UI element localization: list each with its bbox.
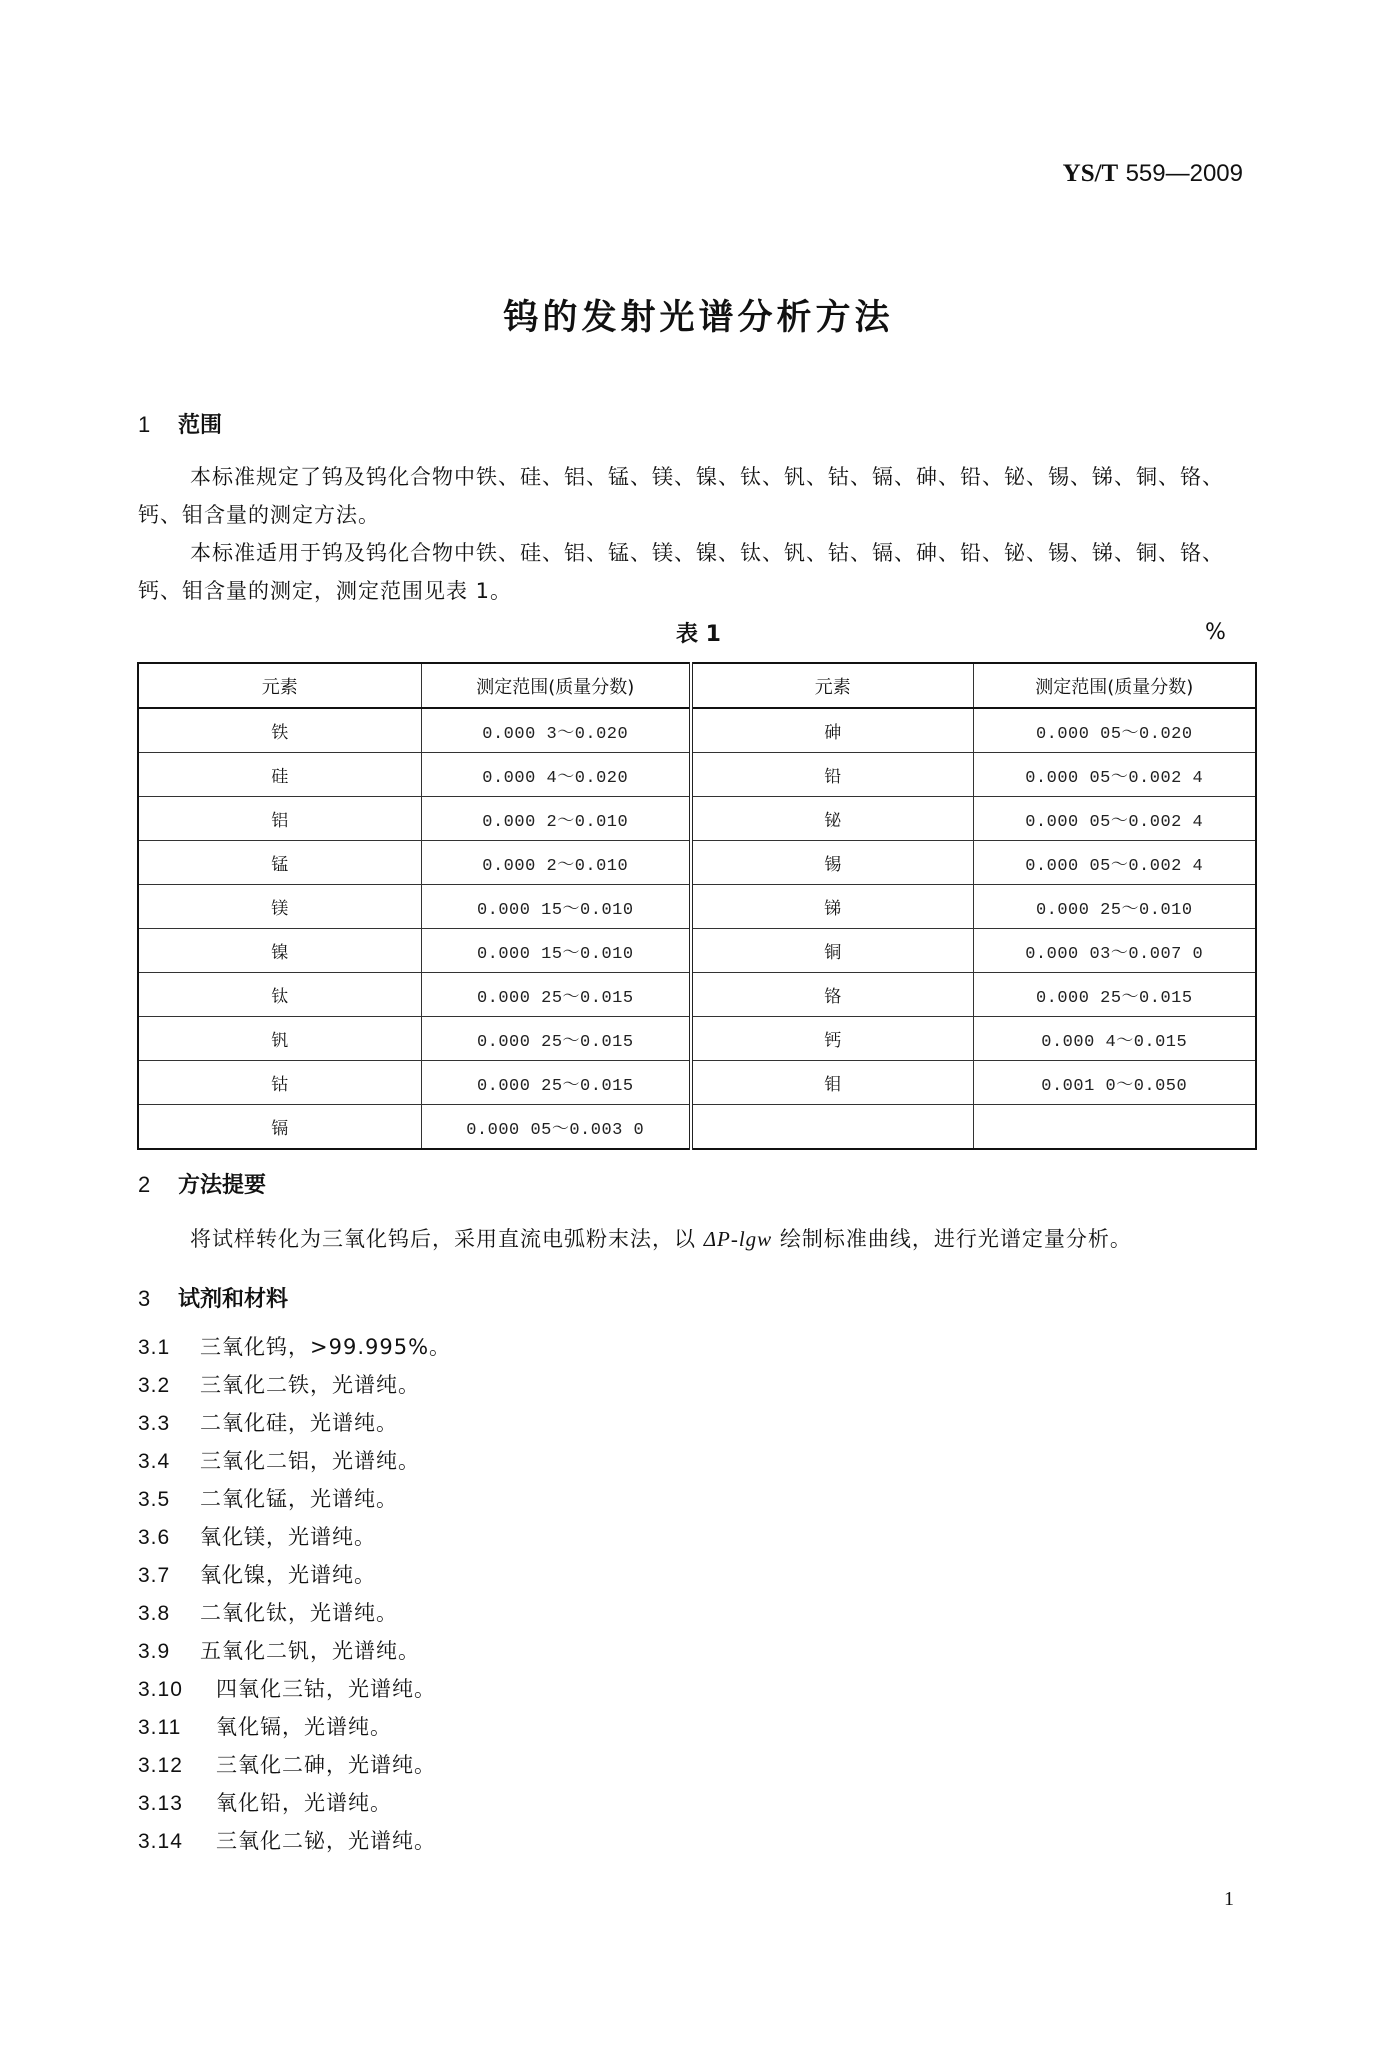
element-cell	[691, 1105, 973, 1150]
table-row: 铁 0.000 3～0.020 砷 0.000 05～0.020	[138, 708, 1256, 753]
range-cell: 0.000 25～0.015	[973, 973, 1256, 1017]
range-cell: 0.000 25～0.015	[421, 1017, 691, 1061]
element-cell: 硅	[138, 753, 421, 797]
method-paragraph: 将试样转化为三氧化钨后，采用直流电弧粉末法，以 ΔP-lgw 绘制标准曲线，进行…	[138, 1220, 1250, 1258]
element-cell: 砷	[691, 708, 973, 753]
standard-code: YS/T 559—2009	[1063, 160, 1243, 188]
table-row: 镍 0.000 15～0.010 铜 0.000 03～0.007 0	[138, 929, 1256, 973]
reagent-text: 三氧化二铁，光谱纯。	[200, 1373, 420, 1397]
reagent-text: 三氧化钨，>99.995%。	[200, 1335, 451, 1359]
section-title: 范围	[178, 413, 222, 438]
table-row: 镉 0.000 05～0.003 0	[138, 1105, 1256, 1150]
section-heading-scope: 1范围	[138, 408, 222, 439]
element-cell: 铅	[691, 753, 973, 797]
table-row: 钒 0.000 25～0.015 钙 0.000 4～0.015	[138, 1017, 1256, 1061]
range-cell: 0.000 05～0.002 4	[973, 841, 1256, 885]
reagent-number: 3.13	[138, 1785, 216, 1823]
range-cell: 0.000 4～0.015	[973, 1017, 1256, 1061]
reagent-item: 3.10四氧化三钴，光谱纯。	[138, 1670, 451, 1708]
element-cell: 锡	[691, 841, 973, 885]
reagent-number: 3.12	[138, 1747, 216, 1785]
section-title: 试剂和材料	[178, 1287, 288, 1312]
section-number: 1	[138, 412, 178, 438]
reagent-number: 3.6	[138, 1519, 200, 1557]
reagent-item: 3.12三氧化二砷，光谱纯。	[138, 1746, 451, 1784]
reagent-item: 3.2三氧化二铁，光谱纯。	[138, 1366, 451, 1404]
table-row: 镁 0.000 15～0.010 锑 0.000 25～0.010	[138, 885, 1256, 929]
reagent-text: 五氧化二钒，光谱纯。	[200, 1639, 420, 1663]
reagent-item: 3.4三氧化二铝，光谱纯。	[138, 1442, 451, 1480]
reagent-text: 氧化铅，光谱纯。	[216, 1791, 392, 1815]
element-cell: 镉	[138, 1105, 421, 1150]
reagent-item: 3.7氧化镍，光谱纯。	[138, 1556, 451, 1594]
element-cell: 铜	[691, 929, 973, 973]
method-text-before: 将试样转化为三氧化钨后，采用直流电弧粉末法，以	[190, 1227, 704, 1251]
section-heading-method: 2方法提要	[138, 1168, 266, 1199]
document-title: 钨的发射光谱分析方法	[0, 290, 1397, 340]
reagent-text: 三氧化二砷，光谱纯。	[216, 1753, 436, 1777]
measurement-range-table: 元素 测定范围(质量分数) 元素 测定范围(质量分数) 铁 0.000 3～0.…	[137, 662, 1257, 1150]
range-cell: 0.000 25～0.015	[421, 973, 691, 1017]
reagent-item: 3.11氧化镉，光谱纯。	[138, 1708, 451, 1746]
reagent-text: 氧化镍，光谱纯。	[200, 1563, 376, 1587]
table-header-row: 元素 测定范围(质量分数) 元素 测定范围(质量分数)	[138, 663, 1256, 708]
reagent-number: 3.4	[138, 1443, 200, 1481]
scope-paragraph-2: 本标准适用于钨及钨化合物中铁、硅、铝、锰、镁、镍、钛、钒、钴、镉、砷、铅、铋、锡…	[138, 534, 1250, 610]
table-row: 钴 0.000 25～0.015 钼 0.001 0～0.050	[138, 1061, 1256, 1105]
element-cell: 铝	[138, 797, 421, 841]
table-row: 铝 0.000 2～0.010 铋 0.000 05～0.002 4	[138, 797, 1256, 841]
reagent-text: 二氧化硅，光谱纯。	[200, 1411, 398, 1435]
reagent-number: 3.9	[138, 1633, 200, 1671]
reagent-number: 3.2	[138, 1367, 200, 1405]
reagent-text: 氧化镁，光谱纯。	[200, 1525, 376, 1549]
table-row: 锰 0.000 2～0.010 锡 0.000 05～0.002 4	[138, 841, 1256, 885]
reagent-item: 3.8二氧化钛，光谱纯。	[138, 1594, 451, 1632]
reagent-list: 3.1三氧化钨，>99.995%。 3.2三氧化二铁，光谱纯。 3.3二氧化硅，…	[138, 1328, 451, 1860]
standard-number: 559—2009	[1126, 160, 1243, 187]
element-cell: 钼	[691, 1061, 973, 1105]
reagent-number: 3.14	[138, 1823, 216, 1861]
range-cell: 0.000 25～0.015	[421, 1061, 691, 1105]
page-number: 1	[1224, 1888, 1234, 1911]
reagent-item: 3.3二氧化硅，光谱纯。	[138, 1404, 451, 1442]
reagent-item: 3.6氧化镁，光谱纯。	[138, 1518, 451, 1556]
range-cell: 0.000 15～0.010	[421, 885, 691, 929]
reagent-item: 3.14三氧化二铋，光谱纯。	[138, 1822, 451, 1860]
header-range-right: 测定范围(质量分数)	[973, 663, 1256, 708]
reagent-item: 3.1三氧化钨，>99.995%。	[138, 1328, 451, 1366]
reagent-number: 3.11	[138, 1709, 216, 1747]
element-cell: 锰	[138, 841, 421, 885]
table-row: 钛 0.000 25～0.015 铬 0.000 25～0.015	[138, 973, 1256, 1017]
reagent-item: 3.13氧化铅，光谱纯。	[138, 1784, 451, 1822]
element-cell: 钙	[691, 1017, 973, 1061]
range-cell: 0.000 03～0.007 0	[973, 929, 1256, 973]
section-heading-reagents: 3试剂和材料	[138, 1282, 288, 1313]
formula: ΔP-lgw	[704, 1227, 773, 1251]
range-cell: 0.000 05～0.002 4	[973, 753, 1256, 797]
range-cell: 0.000 2～0.010	[421, 841, 691, 885]
range-cell: 0.000 25～0.010	[973, 885, 1256, 929]
element-cell: 钛	[138, 973, 421, 1017]
range-cell	[973, 1105, 1256, 1150]
reagent-number: 3.7	[138, 1557, 200, 1595]
table-unit: %	[1205, 620, 1226, 645]
range-cell: 0.000 4～0.020	[421, 753, 691, 797]
scope-paragraph-1: 本标准规定了钨及钨化合物中铁、硅、铝、锰、镁、镍、钛、钒、钴、镉、砷、铅、铋、锡…	[138, 458, 1250, 534]
reagent-text: 三氧化二铝，光谱纯。	[200, 1449, 420, 1473]
reagent-number: 3.8	[138, 1595, 200, 1633]
header-element-left: 元素	[138, 663, 421, 708]
element-cell: 铋	[691, 797, 973, 841]
range-cell: 0.000 05～0.020	[973, 708, 1256, 753]
reagent-text: 三氧化二铋，光谱纯。	[216, 1829, 436, 1853]
header-element-right: 元素	[691, 663, 973, 708]
element-cell: 镁	[138, 885, 421, 929]
table-row: 硅 0.000 4～0.020 铅 0.000 05～0.002 4	[138, 753, 1256, 797]
reagent-number: 3.1	[138, 1329, 200, 1367]
section-number: 3	[138, 1286, 178, 1312]
element-cell: 镍	[138, 929, 421, 973]
reagent-text: 氧化镉，光谱纯。	[216, 1715, 392, 1739]
reagent-text: 二氧化钛，光谱纯。	[200, 1601, 398, 1625]
reagent-text: 二氧化锰，光谱纯。	[200, 1487, 398, 1511]
element-cell: 铁	[138, 708, 421, 753]
range-cell: 0.001 0～0.050	[973, 1061, 1256, 1105]
element-cell: 钴	[138, 1061, 421, 1105]
section-title: 方法提要	[178, 1173, 266, 1198]
reagent-number: 3.10	[138, 1671, 216, 1709]
table-caption: 表 1	[0, 617, 1397, 648]
reagent-text: 四氧化三钴，光谱纯。	[216, 1677, 436, 1701]
element-cell: 铬	[691, 973, 973, 1017]
range-cell: 0.000 05～0.002 4	[973, 797, 1256, 841]
reagent-item: 3.9五氧化二钒，光谱纯。	[138, 1632, 451, 1670]
header-range-left: 测定范围(质量分数)	[421, 663, 691, 708]
range-cell: 0.000 2～0.010	[421, 797, 691, 841]
reagent-number: 3.3	[138, 1405, 200, 1443]
reagent-number: 3.5	[138, 1481, 200, 1519]
section-number: 2	[138, 1172, 178, 1198]
method-text-after: 绘制标准曲线，进行光谱定量分析。	[772, 1227, 1132, 1251]
range-cell: 0.000 05～0.003 0	[421, 1105, 691, 1150]
standard-prefix: YS/T	[1063, 160, 1119, 187]
element-cell: 钒	[138, 1017, 421, 1061]
reagent-item: 3.5二氧化锰，光谱纯。	[138, 1480, 451, 1518]
element-cell: 锑	[691, 885, 973, 929]
range-cell: 0.000 15～0.010	[421, 929, 691, 973]
range-cell: 0.000 3～0.020	[421, 708, 691, 753]
